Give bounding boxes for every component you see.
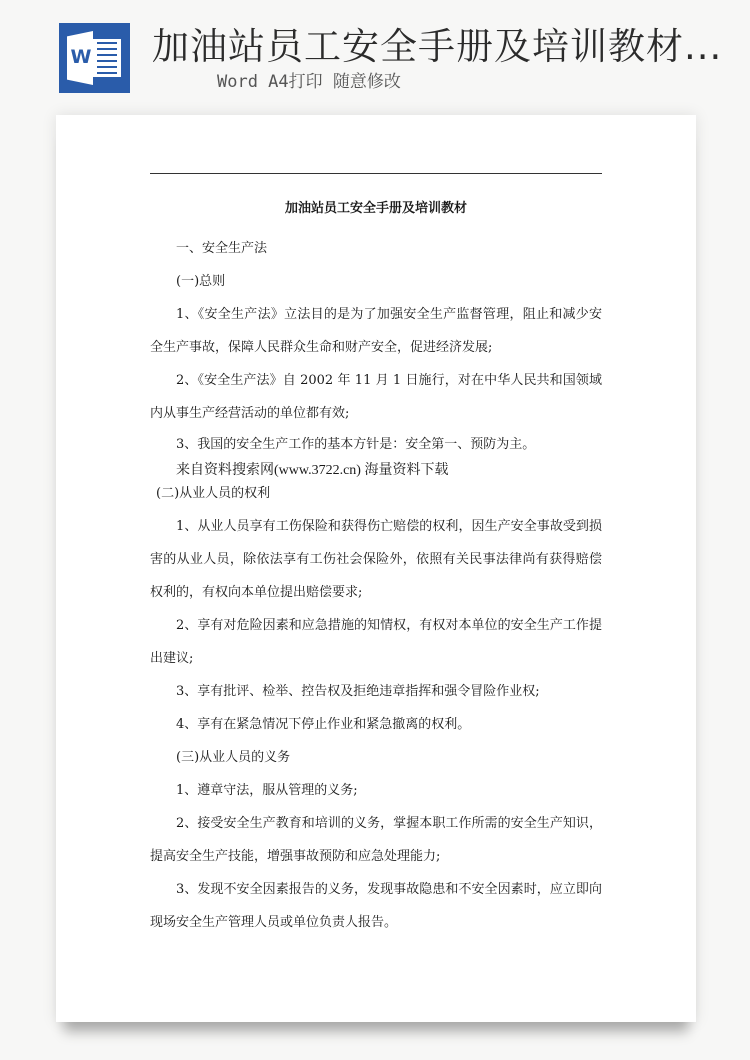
subsection-heading: (一)总则 bbox=[150, 265, 602, 298]
document-title: 加油站员工安全手册及培训教材 bbox=[150, 199, 602, 219]
paragraph: 2、《安全生产法》自 2002 年 11 月 1 日施行，对在中华人民共和国领域… bbox=[150, 364, 602, 430]
paragraph: 1、遵章守法，服从管理的义务; bbox=[150, 774, 602, 807]
paragraph: 3、发现不安全因素报告的义务，发现事故隐患和不安全因素时，应立即向现场安全生产管… bbox=[150, 873, 602, 939]
preview-banner: W 加油站员工安全手册及培训教材... Word A4打印 随意修改 bbox=[0, 0, 750, 110]
document-body: 加油站员工安全手册及培训教材 一、安全生产法 (一)总则 1、《安全生产法》立法… bbox=[150, 199, 602, 939]
source-note: 来自资料搜索网(www.3722.cn) 海量资料下载 bbox=[150, 460, 602, 482]
word-icon-page: W bbox=[67, 31, 93, 85]
section-heading: 一、安全生产法 bbox=[150, 232, 602, 265]
document-page: 加油站员工安全手册及培训教材 一、安全生产法 (一)总则 1、《安全生产法》立法… bbox=[56, 115, 696, 1022]
word-icon-lines bbox=[93, 39, 121, 77]
paragraph: 2、享有对危险因素和应急措施的知情权，有权对本单位的安全生产工作提出建议; bbox=[150, 609, 602, 675]
word-icon: W bbox=[59, 23, 130, 93]
header-rule bbox=[150, 173, 602, 174]
paragraph: 2、接受安全生产教育和培训的义务，掌握本职工作所需的安全生产知识，提高安全生产技… bbox=[150, 807, 602, 873]
paragraph: 1、从业人员享有工伤保险和获得伤亡赔偿的权利，因生产安全事故受到损害的从业人员，… bbox=[150, 510, 602, 609]
banner-title: 加油站员工安全手册及培训教材... bbox=[152, 22, 712, 72]
word-icon-letter: W bbox=[69, 47, 93, 67]
banner-subtitle: Word A4打印 随意修改 bbox=[217, 70, 537, 94]
subsection-heading: (二)从业人员的权利 bbox=[150, 482, 602, 506]
paragraph: 3、享有批评、检举、控告权及拒绝违章指挥和强令冒险作业权; bbox=[150, 675, 602, 708]
paragraph: 3、我国的安全生产工作的基本方针是：安全第一、预防为主。 bbox=[150, 430, 602, 460]
subsection-heading: (三)从业人员的义务 bbox=[150, 741, 602, 774]
paragraph: 4、享有在紧急情况下停止作业和紧急撤离的权利。 bbox=[150, 708, 602, 741]
paragraph: 1、《安全生产法》立法目的是为了加强安全生产监督管理，阻止和减少安全生产事故，保… bbox=[150, 298, 602, 364]
